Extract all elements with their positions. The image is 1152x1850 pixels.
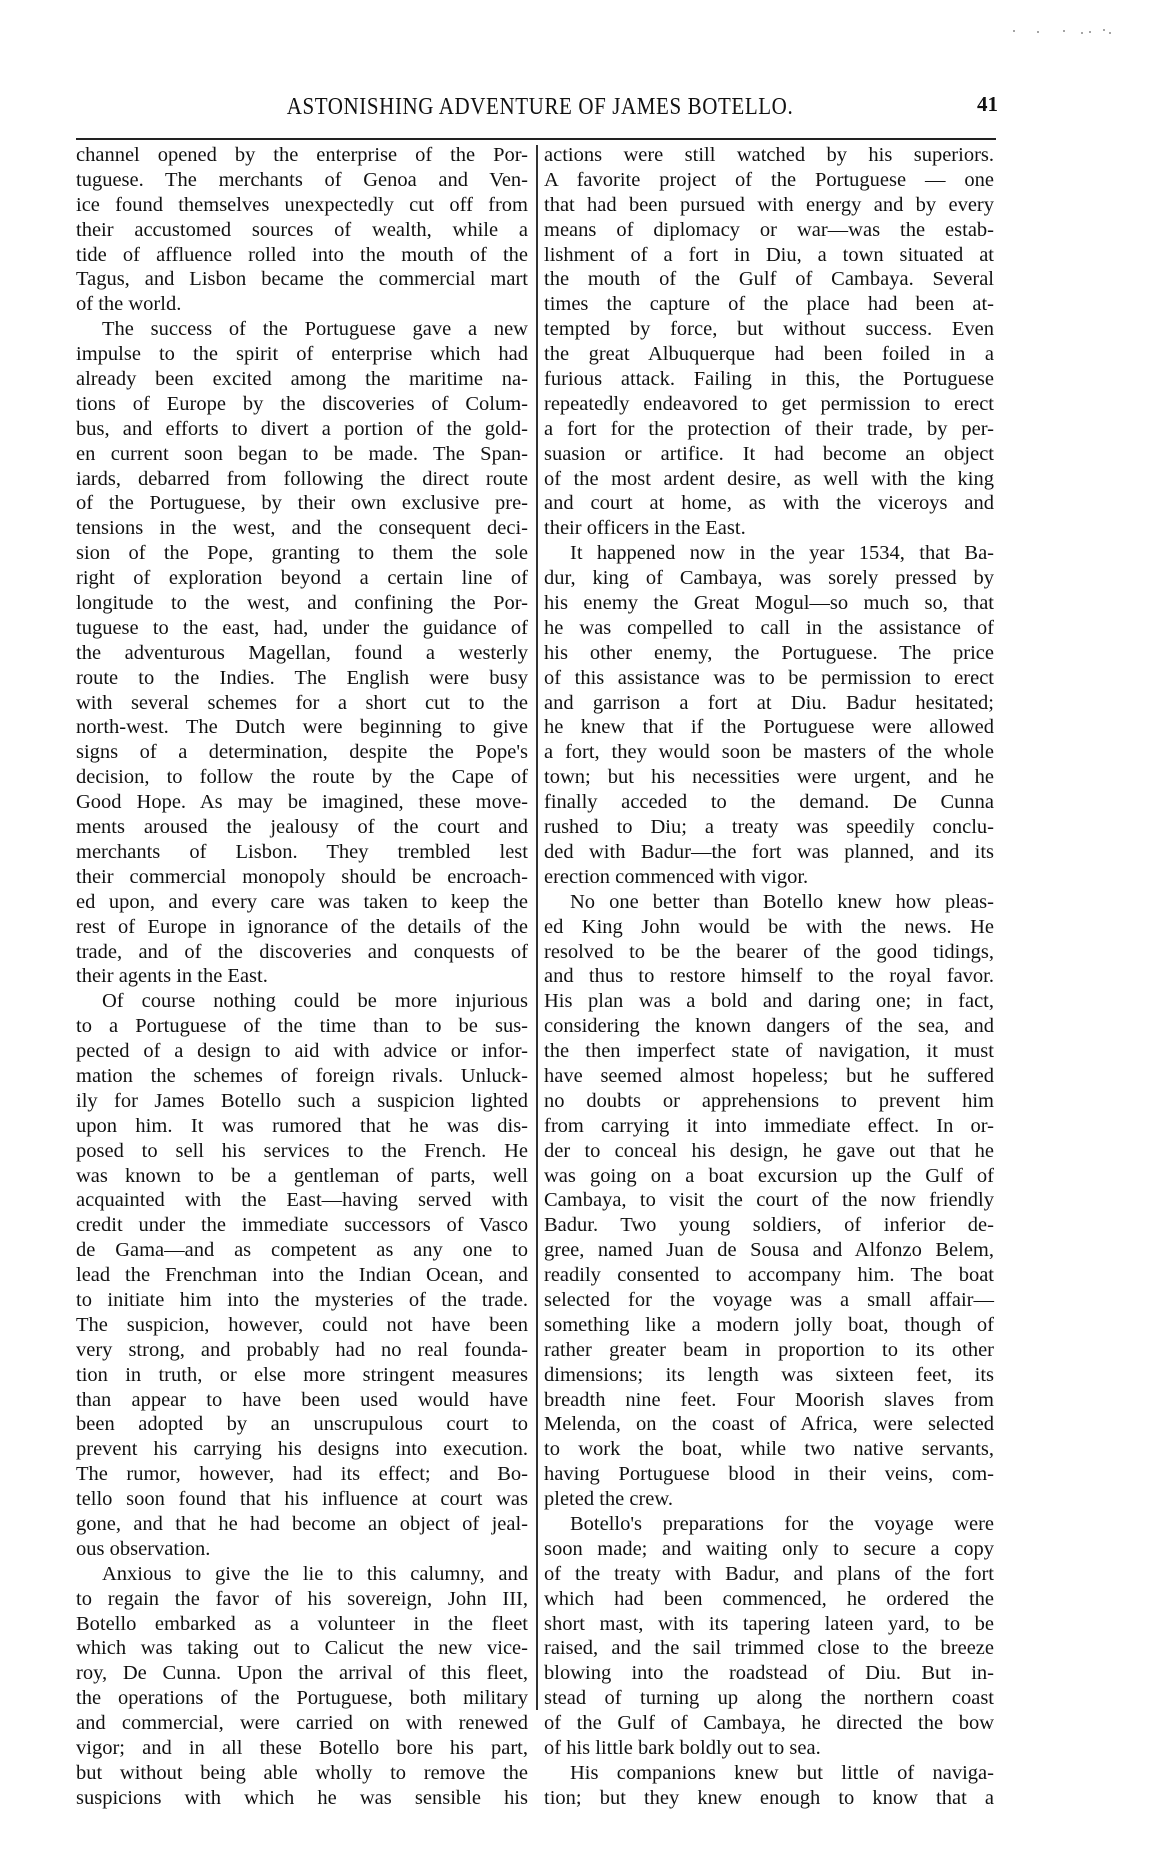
text-line: short mast, with its tapering lateen yar… [544,1612,994,1637]
text-line: channel opened by the enterprise of the … [76,143,528,168]
text-line: tempted by force, but without success. E… [544,317,994,342]
text-line: having Portuguese blood in their veins, … [544,1462,994,1487]
text-line: Cambaya, to visit the court of the now f… [544,1188,994,1213]
text-line: Of course nothing could be more injuriou… [76,989,528,1014]
text-line: of the treaty with Badur, and plans of t… [544,1562,994,1587]
text-line: ice found themselves unexpectedly cut of… [76,193,528,218]
running-title: ASTONISHING ADVENTURE OF JAMES BOTELLO. [250,92,830,121]
text-line: gone, and that he had become an object o… [76,1512,528,1537]
left-column: channel opened by the enterprise of the … [76,143,528,1811]
text-line: longitude to the west, and confining the… [76,591,528,616]
text-line: to a Portuguese of the time than to be s… [76,1014,528,1039]
text-line: stead of turning up along the northern c… [544,1686,994,1711]
text-line: no doubts or apprehensions to prevent hi… [544,1089,994,1114]
text-line: Botello's preparations for the voyage we… [544,1512,994,1537]
text-line: their agents in the East. [76,964,528,989]
text-line: their officers in the East. [544,516,994,541]
text-line: bus, and efforts to divert a portion of … [76,417,528,442]
text-line: a fort, they would soon be masters of th… [544,740,994,765]
text-line: ments aroused the jealousy of the court … [76,815,528,840]
text-line: dimensions; its length was sixteen feet,… [544,1363,994,1388]
text-line: north-west. The Dutch were beginning to … [76,715,528,740]
text-line: ded with Badur—the fort was planned, and… [544,840,994,865]
text-line: acquainted with the East—having served w… [76,1188,528,1213]
text-line: breadth nine feet. Four Moorish slaves f… [544,1388,994,1413]
text-line: the operations of the Portuguese, both m… [76,1686,528,1711]
text-line: which was taking out to Calicut the new … [76,1636,528,1661]
text-line: rather greater beam in proportion to its… [544,1338,994,1363]
text-line: he knew that if the Portuguese were allo… [544,715,994,740]
text-line: A favorite project of the Portuguese — o… [544,168,994,193]
text-line: tion in truth, or else more stringent me… [76,1363,528,1388]
text-line: his other enemy, the Portuguese. The pri… [544,641,994,666]
text-line: very strong, and probably had no real fo… [76,1338,528,1363]
text-line: already been excited among the maritime … [76,367,528,392]
text-line: to initiate him into the mysteries of th… [76,1288,528,1313]
text-line: Melenda, on the coast of Africa, were se… [544,1412,994,1437]
text-line: ed upon, and every care was taken to kee… [76,890,528,915]
text-line: of the world. [76,292,528,317]
text-line: merchants of Lisbon. They trembled lest [76,840,528,865]
text-line: have seemed almost hopeless; but he suff… [544,1064,994,1089]
text-line: erection commenced with vigor. [544,865,994,890]
text-line: Botello embarked as a volunteer in the f… [76,1612,528,1637]
text-line: of this assistance was to be permission … [544,666,994,691]
text-line: but without being able wholly to remove … [76,1761,528,1786]
text-line: tello soon found that his influence at c… [76,1487,528,1512]
text-line: vigor; and in all these Botello bore his… [76,1736,528,1761]
text-line: been adopted by an unscrupulous court to [76,1412,528,1437]
text-line: Badur. Two young soldiers, of inferior d… [544,1213,994,1238]
text-line: impulse to the spirit of enterprise whic… [76,342,528,367]
text-line: means of diplomacy or war—was the estab- [544,218,994,243]
text-line: the adventurous Magellan, found a wester… [76,641,528,666]
text-line: their commercial monopoly should be encr… [76,865,528,890]
header-rule [76,138,996,140]
text-line: was known to be a gentleman of parts, we… [76,1164,528,1189]
text-line: he was compelled to call in the assistan… [544,616,994,641]
text-line: tuguese to the east, had, under the guid… [76,616,528,641]
text-line: right of exploration beyond a certain li… [76,566,528,591]
text-line: and garrison a fort at Diu. Badur hesita… [544,691,994,716]
text-line: to work the boat, while two native serva… [544,1437,994,1462]
text-line: His companions knew but little of naviga… [544,1761,994,1786]
text-line: than appear to have been used would have [76,1388,528,1413]
column-divider [536,145,538,1710]
text-line: ous observation. [76,1537,528,1562]
text-line: pected of a design to aid with advice or… [76,1039,528,1064]
text-line: times the capture of the place had been … [544,292,994,317]
text-line: dur, king of Cambaya, was sorely pressed… [544,566,994,591]
text-line: suspicions with which he was sensible hi… [76,1786,528,1811]
text-line: considering the known dangers of the sea… [544,1014,994,1039]
text-line: the mouth of the Gulf of Cambaya. Severa… [544,267,994,292]
text-line: a fort for the protection of their trade… [544,417,994,442]
text-line: upon him. It was rumored that he was dis… [76,1114,528,1139]
text-line: blowing into the roadstead of Diu. But i… [544,1661,994,1686]
text-line: and thus to restore himself to the royal… [544,964,994,989]
text-line: raised, and the sail trimmed close to th… [544,1636,994,1661]
text-line: No one better than Botello knew how plea… [544,890,994,915]
text-line: soon made; and waiting only to secure a … [544,1537,994,1562]
page-number: 41 [968,92,998,117]
text-line: suasion or artifice. It had become an ob… [544,442,994,467]
text-line: posed to sell his services to the French… [76,1139,528,1164]
text-line: de Gama—and as competent as any one to [76,1238,528,1263]
text-line: decision, to follow the route by the Cap… [76,765,528,790]
text-line: to regain the favor of his sovereign, Jo… [76,1587,528,1612]
text-line: from carrying it into immediate effect. … [544,1114,994,1139]
text-line: resolved to be the bearer of the good ti… [544,940,994,965]
text-line: town; but his necessities were urgent, a… [544,765,994,790]
text-line: his enemy the Great Mogul—so much so, th… [544,591,994,616]
scan-noise [1005,28,1125,34]
text-line: His plan was a bold and daring one; in f… [544,989,994,1014]
text-line: pleted the crew. [544,1487,994,1512]
text-line: rushed to Diu; a treaty was speedily con… [544,815,994,840]
text-line: tuguese. The merchants of Genoa and Ven- [76,168,528,193]
text-line: The rumor, however, had its effect; and … [76,1462,528,1487]
text-line: roy, De Cunna. Upon the arrival of this … [76,1661,528,1686]
text-line: of the most ardent desire, as well with … [544,467,994,492]
text-line: ily for James Botello such a suspicion l… [76,1089,528,1114]
text-line: tide of affluence rolled into the mouth … [76,243,528,268]
text-line: the great Albuquerque had been foiled in… [544,342,994,367]
text-line: and court at home, as with the viceroys … [544,491,994,516]
text-line: which had been commenced, he ordered the [544,1587,994,1612]
text-line: The success of the Portuguese gave a new [76,317,528,342]
text-line: signs of a determination, despite the Po… [76,740,528,765]
text-line: prevent his carrying his designs into ex… [76,1437,528,1462]
text-line: the then imperfect state of navigation, … [544,1039,994,1064]
text-line: furious attack. Failing in this, the Por… [544,367,994,392]
text-line: selected for the voyage was a small affa… [544,1288,994,1313]
text-line: Tagus, and Lisbon became the commercial … [76,267,528,292]
text-line: repeatedly endeavored to get permission … [544,392,994,417]
text-line: lead the Frenchman into the Indian Ocean… [76,1263,528,1288]
text-line: route to the Indies. The English were bu… [76,666,528,691]
text-line: of the Gulf of Cambaya, he directed the … [544,1711,994,1736]
text-line: finally acceded to the demand. De Cunna [544,790,994,815]
text-line: tensions in the west, and the consequent… [76,516,528,541]
text-line: their accustomed sources of wealth, whil… [76,218,528,243]
text-line: Anxious to give the lie to this calumny,… [76,1562,528,1587]
right-column: actions were still watched by his superi… [544,143,994,1811]
text-line: trade, and of the discoveries and conque… [76,940,528,965]
text-line: actions were still watched by his superi… [544,143,994,168]
text-line: gree, named Juan de Sousa and Alfonzo Be… [544,1238,994,1263]
text-line: It happened now in the year 1534, that B… [544,541,994,566]
text-line: readily consented to accompany him. The … [544,1263,994,1288]
text-line: was going on a boat excursion up the Gul… [544,1164,994,1189]
book-page: ASTONISHING ADVENTURE OF JAMES BOTELLO. … [0,0,1152,1850]
text-line: lishment of a fort in Diu, a town situat… [544,243,994,268]
text-line: ed King John would be with the news. He [544,915,994,940]
text-line: der to conceal his design, he gave out t… [544,1139,994,1164]
text-line: something like a modern jolly boat, thou… [544,1313,994,1338]
text-line: that had been pursued with energy and by… [544,193,994,218]
text-line: of the Portuguese, by their own exclusiv… [76,491,528,516]
text-line: mation the schemes of foreign rivals. Un… [76,1064,528,1089]
text-line: tion; but they knew enough to know that … [544,1786,994,1811]
text-line: iards, debarred from following the direc… [76,467,528,492]
text-line: Good Hope. As may be imagined, these mov… [76,790,528,815]
text-line: sion of the Pope, granting to them the s… [76,541,528,566]
text-line: en current soon began to be made. The Sp… [76,442,528,467]
text-line: and commercial, were carried on with ren… [76,1711,528,1736]
text-line: credit under the immediate successors of… [76,1213,528,1238]
text-line: The suspicion, however, could not have b… [76,1313,528,1338]
text-line: with several schemes for a short cut to … [76,691,528,716]
text-line: tions of Europe by the discoveries of Co… [76,392,528,417]
text-line: rest of Europe in ignorance of the detai… [76,915,528,940]
text-line: of his little bark boldly out to sea. [544,1736,994,1761]
